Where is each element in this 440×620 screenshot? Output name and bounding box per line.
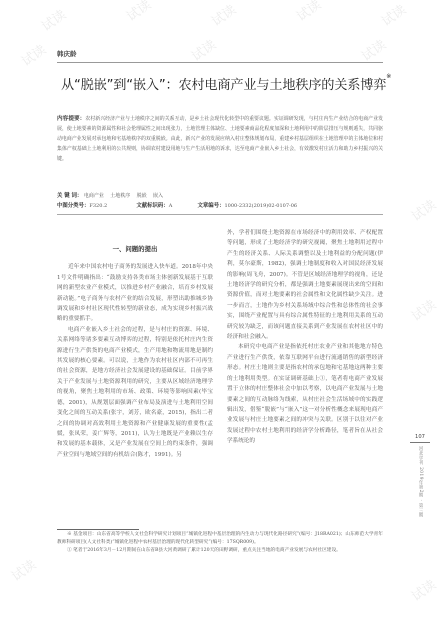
title-text: 从“脱嵌”到“嵌入”：农村电商产业与土地秩序的关系博弈 <box>61 78 386 93</box>
footnote-divider <box>57 529 139 530</box>
side-divider <box>410 442 430 443</box>
keyword: 电商产业 <box>84 193 104 199</box>
journal-name: 河北学刊 2019年第2期 · 第三期 <box>417 446 423 556</box>
body-divider <box>57 214 383 215</box>
keyword: 土地秩序 <box>110 193 130 199</box>
body-paragraph: 外，学者们围绕土地资源在市场经济中的利用效率、产权配置等问题，形成了土地经济学的… <box>227 228 383 342</box>
article-no-label: 文章编号： <box>198 203 225 209</box>
abstract-text: 农村新兴经济产业与土地秩序之间的关系互动，是乡土社会现代化转型中的重要议题。实证… <box>57 116 383 162</box>
keywords-label: 关 键 词： <box>57 193 82 199</box>
page-number: 107 <box>408 434 432 440</box>
article-title: 从“脱嵌”到“嵌入”：农村电商产业与土地秩序的关系博弈※ <box>61 74 391 93</box>
keyword: 脱嵌 <box>137 193 147 199</box>
article-no-value: 1000-2332(2019)02-0107-06 <box>224 203 297 209</box>
paper-page: 韩庆龄 从“脱嵌”到“嵌入”：农村电商产业与土地秩序的关系博弈※ 内容提要：农村… <box>0 0 440 620</box>
article-identifiers: 中图分类号：F320.2 文献标识码：A 文章编号：1000-2332(2019… <box>57 201 383 209</box>
doc-code-value: A <box>169 203 173 209</box>
body-paragraph: 本研究中电商产业是指依托村庄农业产业和其他地方特色产业进行生产供货，依靠互联网平… <box>227 342 383 446</box>
side-margin: 107 河北学刊 2019年第2期 · 第三期 <box>408 434 432 556</box>
classification-label: 中图分类号： <box>57 203 89 209</box>
footnote-funding: ※ 基金项目：山东省高等学校人文社会科学研究计划项目“城镇化进程中基层治理的内生… <box>57 531 383 547</box>
abstract: 内容提要：农村新兴经济产业与土地秩序之间的关系互动，是乡土社会现代化转型中的重要… <box>57 114 383 164</box>
left-column: 一、问题的提出 近年来中国农村电子商务的发展进入快车道。2018年中央1号文件明… <box>57 244 213 460</box>
title-footnote-mark: ※ <box>386 73 391 80</box>
body-paragraph: 近年来中国农村电子商务的发展进入快车道。2018年中央1号文件明确指出：“鼓励支… <box>57 262 213 324</box>
classification-value: F320.2 <box>89 203 107 209</box>
section-heading: 一、问题的提出 <box>57 244 213 254</box>
body-paragraph: 电商产业嵌入乡土社会的过程，是与村庄的资源、环境、关系网络等诸多要素互动博弈的过… <box>57 325 213 460</box>
keywords: 关 键 词： 电商产业 土地秩序 脱嵌 嵌入 <box>57 191 383 199</box>
abstract-label: 内容提要： <box>57 116 85 122</box>
header-divider <box>57 62 383 63</box>
footnote-1: ① 笔者于2016年3月－12月期间在山东省B县大河黄调研了累计120天的田野调… <box>57 547 383 555</box>
right-column: 外，学者们围绕土地资源在市场经济中的利用效率、产权配置等问题，形成了土地经济学的… <box>227 228 383 447</box>
keyword: 嵌入 <box>153 193 163 199</box>
footnotes: ※ 基金项目：山东省高等学校人文社会科学研究计划项目“城镇化进程中基层治理的内生… <box>57 531 383 556</box>
author-name: 韩庆龄 <box>57 49 77 58</box>
doc-code-label: 文献标识码： <box>136 203 168 209</box>
